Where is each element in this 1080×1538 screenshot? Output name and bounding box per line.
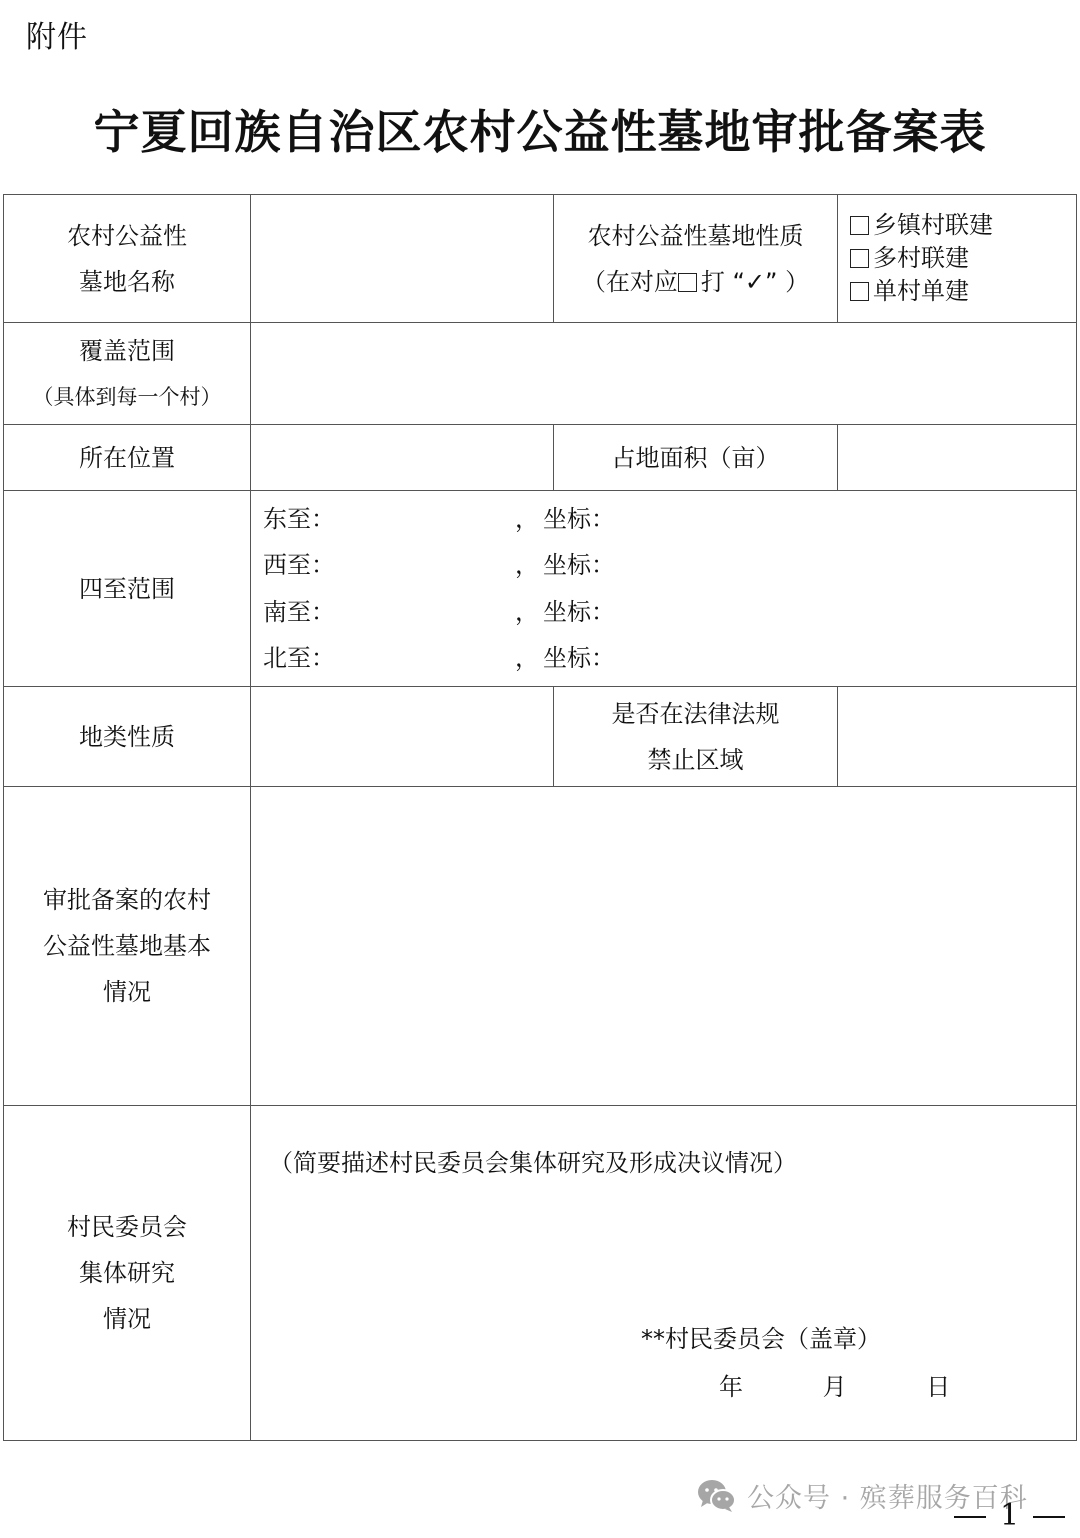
- boundaries-field[interactable]: 东至： ， 坐标： 西至： ， 坐标： 南至： ， 坐标： 北至： ， 坐标：: [251, 491, 1077, 687]
- row-location: 所在位置 占地面积（亩）: [4, 425, 1077, 491]
- basic-info-label: 审批备案的农村 公益性墓地基本 情况: [4, 787, 251, 1106]
- area-field[interactable]: [838, 425, 1077, 491]
- committee-research-label: 村民委员会 集体研究 情况: [4, 1106, 251, 1441]
- bound-east[interactable]: 东至： ， 坐标：: [251, 496, 1076, 543]
- date-line: 年 月 日: [719, 1364, 950, 1410]
- cemetery-nature-label: 农村公益性墓地性质 （在对应打 “✓” ）: [554, 195, 838, 323]
- option-township-village-joint[interactable]: 乡镇村联建: [850, 209, 1076, 242]
- page-title: 宁夏回族自治区农村公益性墓地审批备案表: [0, 96, 1080, 162]
- bound-north[interactable]: 北至： ， 坐标：: [251, 635, 1076, 682]
- checkbox[interactable]: [850, 216, 869, 235]
- row-basic-info: 审批备案的农村 公益性墓地基本 情况: [4, 787, 1077, 1106]
- area-label: 占地面积（亩）: [554, 425, 838, 491]
- committee-research-field[interactable]: （简要描述村民委员会集体研究及形成决议情况） **村民委员会（盖章） 年 月 日: [251, 1106, 1077, 1441]
- checkbox[interactable]: [850, 249, 869, 268]
- boundaries-label: 四至范围: [4, 491, 251, 687]
- wechat-icon: [697, 1479, 737, 1513]
- prohibited-area-field[interactable]: [838, 687, 1077, 787]
- cemetery-name-label: 农村公益性 墓地名称: [4, 195, 251, 323]
- checkbox[interactable]: [850, 282, 869, 301]
- research-hint: （简要描述村民委员会集体研究及形成决议情况）: [269, 1140, 797, 1186]
- cemetery-nature-options: 乡镇村联建 多村联建 单村单建: [838, 195, 1077, 323]
- option-single-village[interactable]: 单村单建: [850, 275, 1076, 308]
- row-committee-research: 村民委员会 集体研究 情况 （简要描述村民委员会集体研究及形成决议情况） **村…: [4, 1106, 1077, 1441]
- land-type-label: 地类性质: [4, 687, 251, 787]
- row-coverage: 覆盖范围 （具体到每一个村）: [4, 323, 1077, 425]
- basic-info-field[interactable]: [251, 787, 1077, 1106]
- date-month: 月: [823, 1373, 847, 1401]
- dash-left: [954, 1516, 986, 1518]
- date-year: 年: [719, 1373, 743, 1401]
- page-number: 1: [940, 1498, 1079, 1533]
- checkbox-icon: [678, 273, 697, 292]
- land-type-field[interactable]: [251, 687, 554, 787]
- location-field[interactable]: [251, 425, 554, 491]
- option-multi-village-joint[interactable]: 多村联建: [850, 242, 1076, 275]
- prohibited-area-label: 是否在法律法规 禁止区域: [554, 687, 838, 787]
- attachment-label: 附件: [26, 12, 88, 56]
- filing-form-table: 农村公益性 墓地名称 农村公益性墓地性质 （在对应打 “✓” ） 乡镇村联建 多…: [3, 194, 1077, 1441]
- cemetery-name-field[interactable]: [251, 195, 554, 323]
- coverage-label: 覆盖范围 （具体到每一个村）: [4, 323, 251, 425]
- dash-right: [1033, 1516, 1065, 1518]
- row-boundaries: 四至范围 东至： ， 坐标： 西至： ， 坐标： 南至： ， 坐标： 北至： ，…: [4, 491, 1077, 687]
- date-day: 日: [926, 1373, 950, 1401]
- coverage-field[interactable]: [251, 323, 1077, 425]
- bound-west[interactable]: 西至： ， 坐标：: [251, 542, 1076, 589]
- bound-south[interactable]: 南至： ， 坐标：: [251, 589, 1076, 636]
- seal-text: **村民委员会（盖章）: [641, 1316, 881, 1362]
- row-cemetery-name: 农村公益性 墓地名称 农村公益性墓地性质 （在对应打 “✓” ） 乡镇村联建 多…: [4, 195, 1077, 323]
- location-label: 所在位置: [4, 425, 251, 491]
- row-land-type: 地类性质 是否在法律法规 禁止区域: [4, 687, 1077, 787]
